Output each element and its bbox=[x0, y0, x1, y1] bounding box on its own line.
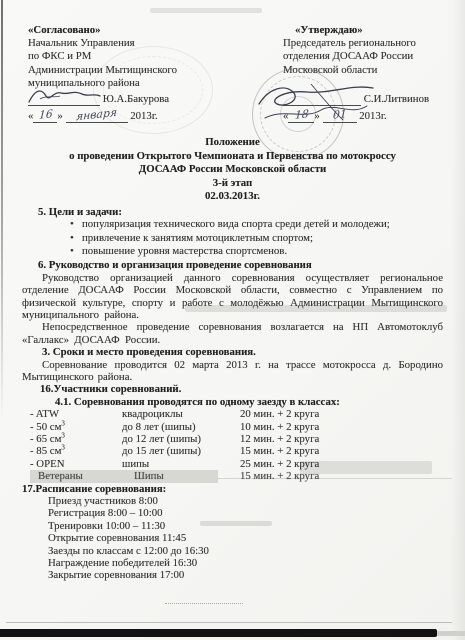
section-heading-classes: 4.1. Соревнования проводятся по одному з… bbox=[55, 396, 445, 408]
schedule-item: Заезды по классам с 12:00 до 16:30 bbox=[48, 545, 445, 557]
section-heading-schedule: 17.Расписание соревнования: bbox=[22, 483, 445, 495]
document-body: 5. Цели и задачи: популяризация техничес… bbox=[20, 200, 445, 582]
approval-line: отделения ДОСААФ России bbox=[283, 50, 465, 63]
bullet-item: повышение уровня мастерства спортсменов. bbox=[20, 245, 445, 258]
title-line: 3-й этап bbox=[0, 177, 465, 191]
section-heading-goals: 5. Цели и задачи: bbox=[38, 206, 445, 218]
signature-row: С.И.Литвинов bbox=[283, 92, 465, 106]
schedule-item: Открытие соревнования 11:45 bbox=[48, 532, 445, 544]
scan-edge-line bbox=[6, 622, 452, 623]
approval-line: по ФКС и РМ bbox=[28, 50, 253, 63]
bullet-item: привлечение к занятиям мотоциклетным спо… bbox=[20, 232, 445, 245]
class-duration: 20 мин. + 2 круга bbox=[240, 408, 445, 420]
table-row: - 85 см3 до 15 лет (шипы) 15 мин. + 2 кр… bbox=[30, 445, 445, 457]
date-year: 2013г. bbox=[130, 110, 158, 122]
handwritten-day: 18 bbox=[294, 107, 309, 122]
table-row-veterans-patched: Ветераны Шипы 15 мин. + 2 круга bbox=[30, 470, 445, 482]
classes-table: - ATW квадроциклы 20 мин. + 2 круга - 50… bbox=[30, 408, 445, 482]
class-name: - ATW bbox=[30, 408, 122, 420]
handwritten-month: 01 bbox=[332, 107, 347, 122]
signature-row: Ю.А.Бакурова bbox=[28, 92, 253, 106]
section-heading-dates-venue: 3. Сроки и место проведения соревнования… bbox=[42, 346, 445, 358]
schedule-item: Закрытие соревнования 17:00 bbox=[48, 569, 445, 581]
date-year: 2013г. bbox=[359, 110, 387, 122]
table-row: - ATW квадроциклы 20 мин. + 2 круга bbox=[30, 408, 445, 420]
schedule-item: Регистрация 8:00 – 10:00 bbox=[48, 507, 445, 519]
title-line: ДОСААФ России Московской области bbox=[0, 163, 465, 177]
quote-close: » bbox=[57, 110, 62, 122]
date-month-field: января bbox=[66, 108, 128, 123]
quote-close: » bbox=[314, 110, 319, 122]
date-line: «18» 01 2013г. bbox=[283, 108, 465, 123]
goals-bullet-list: популяризация технического вида спорта с… bbox=[20, 218, 445, 258]
table-row: - 50 см3 до 8 лет (шипы) 10 мин. + 2 кру… bbox=[30, 421, 445, 433]
table-row: - 65 см3 до 12 лет (шипы) 12 мин. + 2 кр… bbox=[30, 433, 445, 445]
management-paragraph-2: Непосредственное проведение соревнования… bbox=[22, 321, 443, 346]
class-type: до 12 лет (шипы) bbox=[122, 433, 240, 445]
class-type: до 8 лет (шипы) bbox=[122, 421, 240, 433]
scan-edge-gray-strip bbox=[437, 631, 465, 636]
dates-venue-paragraph: Соревнование проводится 02 марта 2013 г.… bbox=[22, 359, 443, 384]
class-type: квадроциклы bbox=[122, 408, 240, 420]
date-month-field: 01 bbox=[323, 108, 357, 123]
class-duration: 15 мин. + 2 круга bbox=[240, 470, 445, 482]
signature-area bbox=[283, 92, 361, 106]
class-name: Ветераны bbox=[30, 470, 122, 482]
management-paragraph-1: Руководство организацией данного соревно… bbox=[22, 272, 443, 322]
section-heading-participants: 16.Участники соревнований. bbox=[40, 383, 445, 395]
approval-title: «Утверждаю» bbox=[283, 24, 465, 37]
pencil-marks bbox=[165, 603, 243, 604]
schedule-item: Награждение победителей 16:30 bbox=[48, 557, 445, 569]
approval-line: Московской области bbox=[283, 64, 465, 77]
approval-line: муниципального района bbox=[28, 77, 253, 90]
class-name: - 85 см3 bbox=[30, 445, 122, 457]
class-name: - OPEN bbox=[30, 458, 122, 470]
signatory-name: С.И.Литвинов bbox=[364, 93, 429, 105]
class-duration: 12 мин. + 2 круга bbox=[240, 433, 445, 445]
scan-edge-shadow-left bbox=[1, 0, 3, 420]
signature-area bbox=[28, 92, 100, 106]
scanned-document-page: «Согласовано» Начальник Управления по ФК… bbox=[0, 0, 465, 640]
class-type: шипы bbox=[122, 458, 240, 470]
class-name: - 50 см3 bbox=[30, 421, 122, 433]
scan-artifact bbox=[150, 8, 262, 13]
schedule-item: Тренировки 10:00 – 11:30 bbox=[48, 520, 445, 532]
scan-edge-black-strip bbox=[0, 629, 437, 637]
class-duration: 25 мин. + 2 круга bbox=[240, 458, 445, 470]
class-type: Шипы bbox=[122, 470, 240, 482]
date-day-field: 16 bbox=[33, 108, 57, 123]
spacer bbox=[283, 77, 465, 90]
date-day-field: 18 bbox=[288, 108, 314, 123]
schedule-item: Приезд участников 8:00 bbox=[48, 495, 445, 507]
approval-line: Администрации Мытищинского bbox=[28, 64, 253, 77]
title-line: Положение bbox=[0, 136, 465, 150]
section-heading-management: 6. Руководство и организация проведение … bbox=[38, 259, 445, 271]
class-type: до 15 лет (шипы) bbox=[122, 445, 240, 457]
date-line: «16» января 2013г. bbox=[28, 108, 253, 123]
approval-block-utverzhdayu: «Утверждаю» Председатель регионального о… bbox=[283, 24, 465, 123]
class-duration: 15 мин. + 2 круга bbox=[240, 445, 445, 457]
bullet-item: популяризация технического вида спорта с… bbox=[20, 218, 445, 231]
table-row: - OPEN шипы 25 мин. + 2 круга bbox=[30, 458, 445, 470]
title-line: о проведении Открытого Чемпионата и Перв… bbox=[0, 150, 465, 164]
approval-line: Начальник Управления bbox=[28, 37, 253, 50]
handwritten-month: января bbox=[76, 106, 118, 124]
document-title-block: Положение о проведении Открытого Чемпион… bbox=[0, 136, 465, 204]
handwritten-day: 16 bbox=[38, 107, 53, 122]
approval-title: «Согласовано» bbox=[28, 24, 253, 37]
class-name: - 65 см3 bbox=[30, 433, 122, 445]
approval-line: Председатель регионального bbox=[283, 37, 465, 50]
class-duration: 10 мин. + 2 круга bbox=[240, 421, 445, 433]
approval-block-soglasovano: «Согласовано» Начальник Управления по ФК… bbox=[28, 24, 253, 123]
signatory-name: Ю.А.Бакурова bbox=[103, 93, 169, 105]
